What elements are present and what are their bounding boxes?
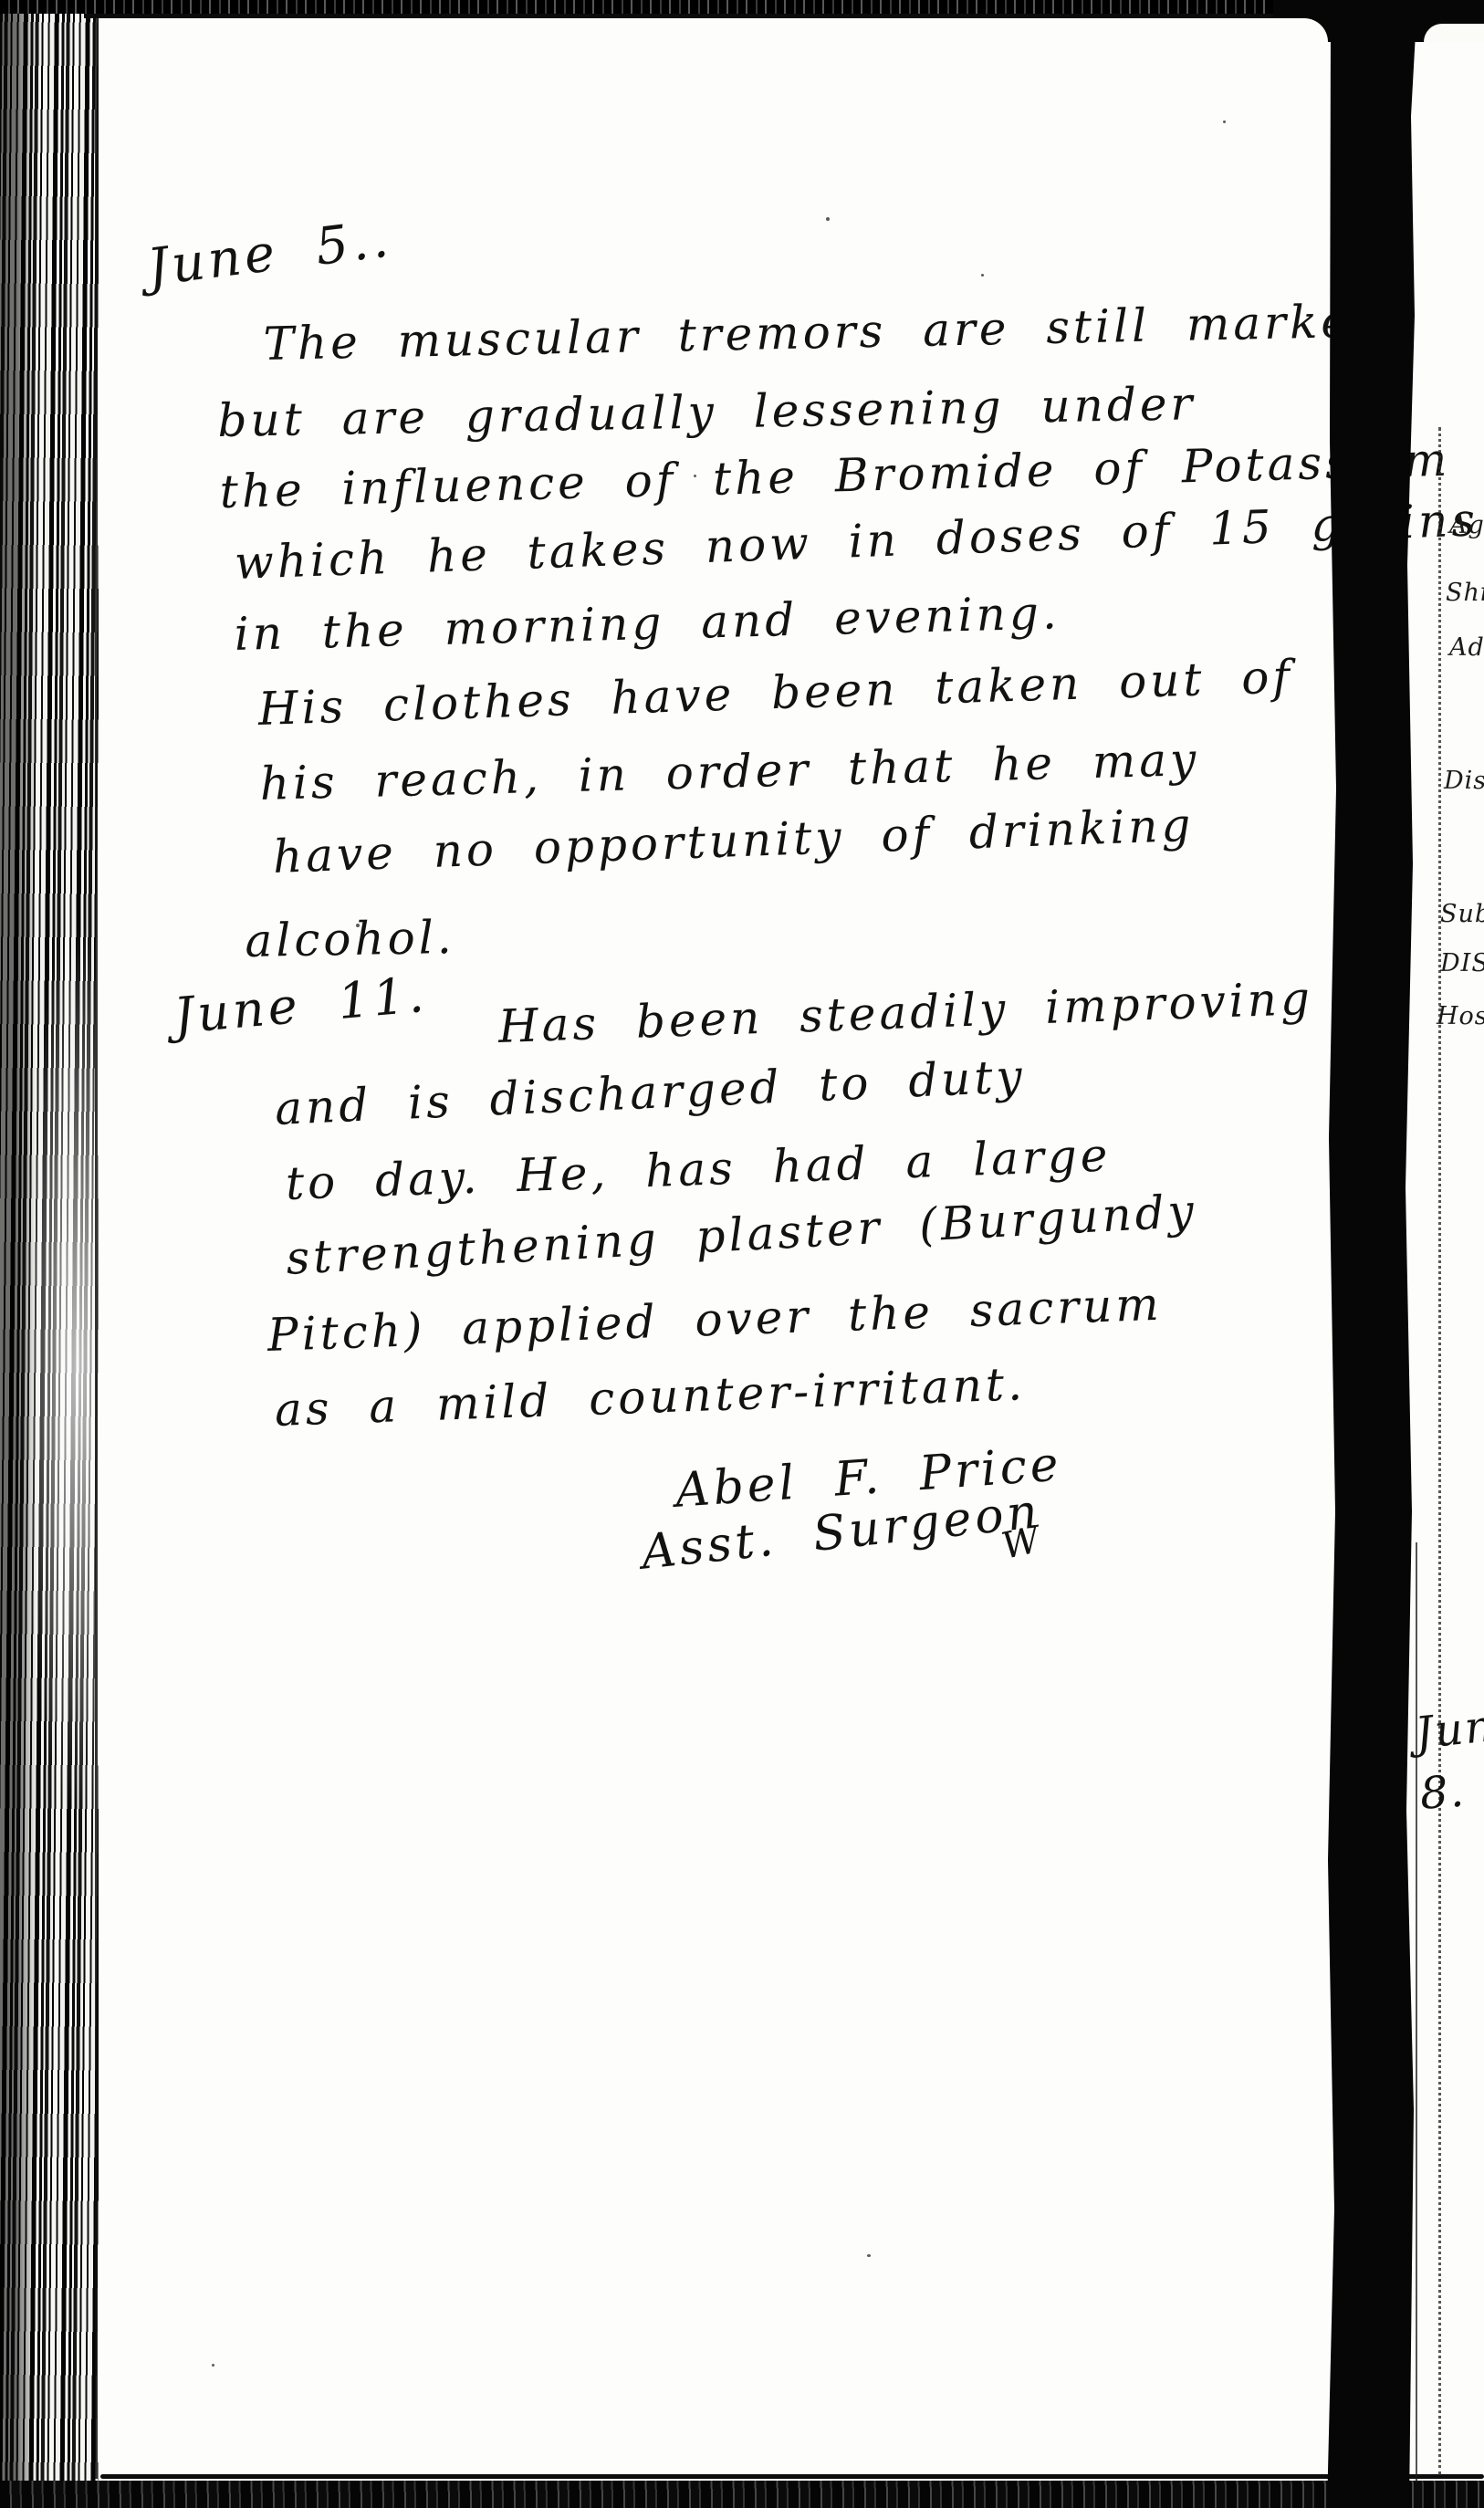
entry-june5-line-1: The muscular tremors are still marked	[263, 294, 1385, 371]
book-page-edges	[0, 0, 99, 2508]
form-label-admitted: Ad	[1449, 633, 1484, 662]
ink-speck	[867, 2254, 871, 2257]
entry-june11-line-5: Pitch) applied over the sacrum	[266, 1278, 1164, 1362]
entry-june5-line-8: have no opportunity of drinking	[272, 799, 1195, 883]
ink-speck	[212, 2364, 214, 2367]
adjacent-page-edge-line	[1416, 1542, 1417, 2482]
scanned-journal-page: June 5.. The muscular tremors are still …	[0, 0, 1484, 2508]
adjacent-page-note-jun: Jun	[1413, 1700, 1484, 1760]
entry-date-june5: June 5..	[144, 209, 395, 298]
entry-june11-line-6: as a mild counter-irritant.	[274, 1357, 1027, 1437]
entry-june11-line-1: Has been steadily improving	[497, 972, 1314, 1053]
ink-speck	[694, 475, 696, 477]
entry-june5-line-5: in the morning and evening.	[234, 586, 1061, 661]
form-label-discharged: Dis	[1444, 767, 1484, 795]
entry-date-june11: June 11.	[172, 966, 430, 1045]
adjacent-page-note-8: 8.	[1418, 1766, 1468, 1820]
scan-edge-top	[0, 0, 1484, 14]
entry-june5-line-9: alcohol.	[245, 911, 455, 967]
adjacent-page-dotted-rule	[1438, 427, 1441, 2475]
ink-speck	[356, 924, 360, 927]
ink-speck	[826, 217, 830, 221]
page-left-edge-line	[95, 15, 98, 2479]
adjacent-page-top-curve	[1424, 24, 1484, 42]
scan-edge-bottom	[0, 2481, 1484, 2508]
entry-june5-line-2: but are gradually lessening under	[217, 377, 1197, 447]
form-label-ship: Shi	[1446, 579, 1484, 607]
ink-speck	[1223, 120, 1226, 123]
form-label-disposition: DIS	[1440, 949, 1484, 977]
ink-speck	[981, 274, 984, 277]
form-label-age: Ag	[1449, 511, 1484, 539]
form-label-hospital: Hos	[1437, 1002, 1484, 1030]
form-label-subsequent: Sub	[1440, 900, 1484, 928]
entry-june5-line-7: his reach, in order that he may	[259, 733, 1200, 810]
entry-june11-line-2: and is discharged to duty	[274, 1050, 1027, 1135]
entry-june5-line-6: His clothes have been taken out of	[257, 650, 1294, 736]
book-gutter-shadow	[1325, 16, 1416, 2508]
page-bottom-rule	[100, 2474, 1484, 2479]
